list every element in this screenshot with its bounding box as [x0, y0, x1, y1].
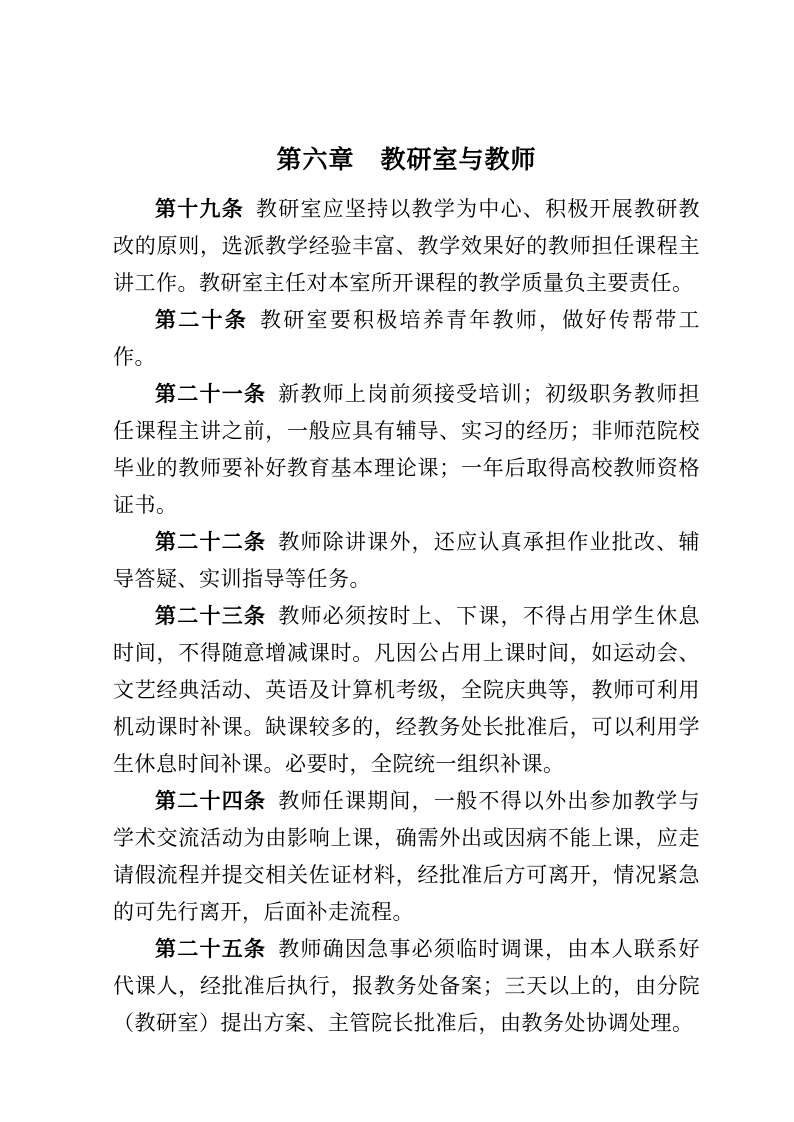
article-24-number: 第二十四条	[155, 789, 266, 813]
article-21-number: 第二十一条	[155, 382, 266, 406]
article-paragraph-22: 第二十二条教师除讲课外，还应认真承担作业批改、辅导答疑、实训指导等任务。	[113, 524, 700, 598]
article-22-number: 第二十二条	[155, 530, 266, 554]
article-paragraph-20: 第二十条教研室要积极培养青年教师，做好传帮带工作。	[113, 302, 700, 376]
article-paragraph-24: 第二十四条教师任课期间，一般不得以外出参加教学与学术交流活动为由影响上课，确需外…	[113, 783, 700, 931]
article-25-number: 第二十五条	[155, 937, 266, 961]
article-paragraph-21: 第二十一条新教师上岗前须接受培训；初级职务教师担任课程主讲之前，一般应具有辅导、…	[113, 376, 700, 524]
article-paragraph-19: 第十九条教研室应坚持以教学为中心、积极开展教研教改的原则，选派教学经验丰富、教学…	[113, 191, 700, 302]
article-paragraph-25: 第二十五条教师确因急事必须临时调课，由本人联系好代课人，经批准后执行，报教务处备…	[113, 931, 700, 1042]
article-23-number: 第二十三条	[155, 604, 266, 628]
article-paragraph-23: 第二十三条教师必须按时上、下课，不得占用学生休息时间，不得随意增减课时。凡因公占…	[113, 598, 700, 783]
chapter-title: 第六章 教研室与教师	[113, 146, 700, 174]
article-20-number: 第二十条	[155, 308, 248, 332]
article-19-number: 第十九条	[155, 197, 244, 221]
document-page: 第六章 教研室与教师 第十九条教研室应坚持以教学为中心、积极开展教研教改的原则，…	[0, 0, 794, 1122]
article-23-text: 教师必须按时上、下课，不得占用学生休息时间，不得随意增减课时。凡因公占用上课时间…	[113, 604, 700, 776]
